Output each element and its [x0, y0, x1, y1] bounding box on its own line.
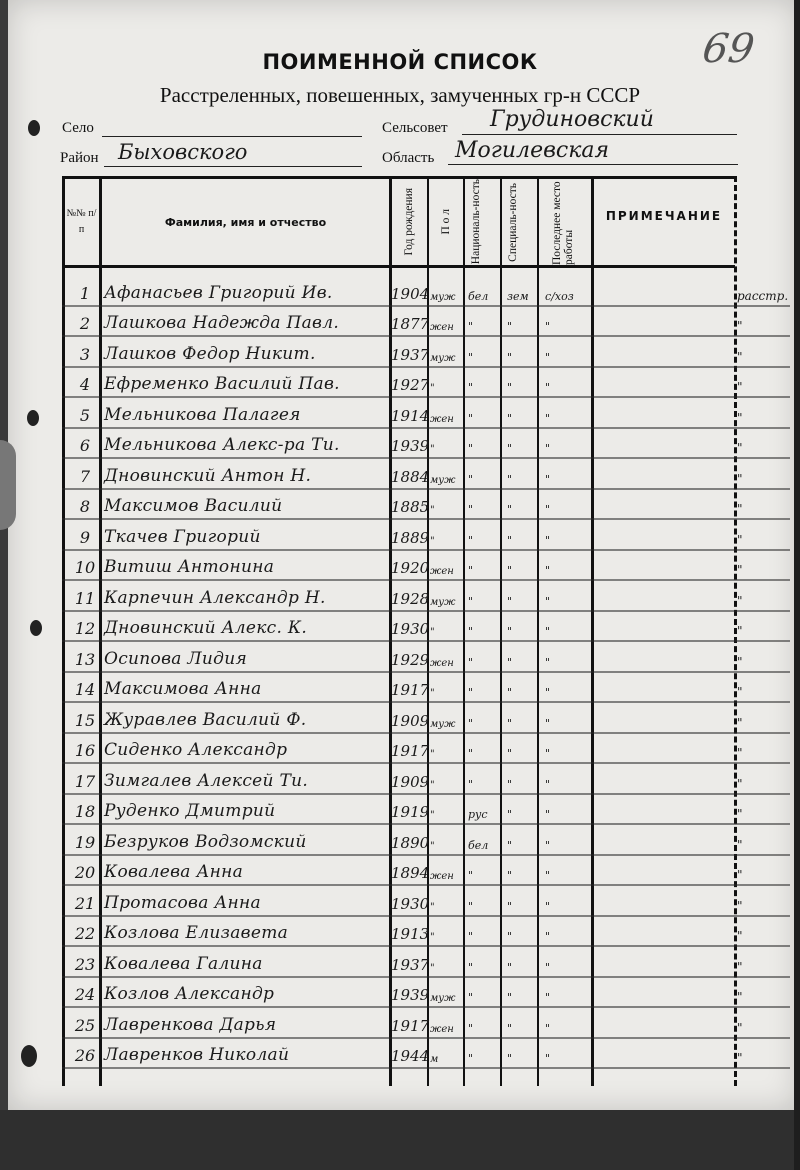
- row-sex: м: [430, 1054, 438, 1065]
- row-birth-year: 1919: [391, 803, 429, 821]
- row-nationality: ": [468, 412, 473, 425]
- row-remark: ": [737, 960, 743, 974]
- row-remark: ": [737, 502, 743, 516]
- row-remark: ": [737, 1051, 743, 1065]
- row-last-job: ": [545, 473, 550, 486]
- scan-background: [0, 1110, 800, 1170]
- header-remarks-label: ПРИМЕЧАНИЕ: [606, 209, 722, 223]
- row-remark: ": [737, 868, 743, 882]
- row-remark: ": [737, 807, 743, 821]
- row-specialty: ": [507, 839, 512, 852]
- row-nationality: бел: [468, 839, 488, 852]
- row-specialty: ": [507, 351, 512, 364]
- field-oblast: Область: [382, 150, 434, 167]
- table-row: 6Мельникова Алекс-ра Ти.1939""""": [62, 429, 735, 460]
- row-birth-year: 1920: [391, 559, 429, 577]
- row-specialty: ": [507, 625, 512, 638]
- row-birth-year: 1909: [391, 773, 429, 791]
- header-bottom-border: [62, 265, 735, 268]
- row-name: Журавлев Василий Ф.: [104, 710, 307, 730]
- row-birth-year: 1917: [391, 742, 429, 760]
- row-birth-year: 1939: [391, 437, 429, 455]
- row-name: Лашков Федор Никит.: [104, 344, 316, 364]
- row-sex: ": [430, 444, 435, 455]
- row-specialty: ": [507, 1022, 512, 1035]
- row-name: Карпечин Александр Н.: [104, 588, 326, 608]
- document-subtitle: Расстреленных, повешенных, замученных гр…: [0, 83, 800, 108]
- row-name: Ковалева Анна: [104, 862, 243, 882]
- row-remark: ": [737, 319, 743, 333]
- row-sex: ": [430, 810, 435, 821]
- row-nationality: ": [468, 595, 473, 608]
- row-specialty: зем: [507, 290, 529, 303]
- row-nationality: ": [468, 991, 473, 1004]
- row-name: Зимгалев Алексей Ти.: [104, 771, 308, 791]
- punch-hole-icon: [28, 120, 40, 136]
- row-last-job: ": [545, 869, 550, 882]
- row-last-job: с/хоз: [545, 290, 574, 303]
- header-year: Год рождения: [391, 179, 427, 265]
- rayon-label: Район: [60, 150, 99, 166]
- row-specialty: ": [507, 930, 512, 943]
- row-nationality: бел: [468, 290, 488, 303]
- row-sex: жен: [430, 871, 454, 882]
- row-specialty: ": [507, 869, 512, 882]
- row-number: 19: [70, 833, 100, 852]
- row-remark: ": [737, 380, 743, 394]
- row-name: Козлов Александр: [104, 984, 274, 1004]
- row-remark: ": [737, 838, 743, 852]
- row-number: 15: [70, 711, 100, 730]
- header-sex-label: П о л: [440, 209, 452, 235]
- document-title: ПОИМЕННОЙ СПИСОК: [0, 50, 800, 74]
- table-row: 13Осипова Лидия1929жен"""": [62, 642, 735, 673]
- row-remark: расстр.: [737, 289, 788, 303]
- table-row: 2Лашкова Надежда Павл.1877жен"""": [62, 307, 735, 338]
- row-birth-year: 1928: [391, 590, 429, 608]
- rayon-value: Быховского: [118, 140, 247, 164]
- row-nationality: ": [468, 961, 473, 974]
- table-row: 16Сиденко Александр1917""""": [62, 734, 735, 765]
- row-birth-year: 1909: [391, 712, 429, 730]
- header-sex: П о л: [429, 179, 463, 265]
- row-nationality: ": [468, 747, 473, 760]
- row-number: 21: [70, 894, 100, 913]
- row-remark: ": [737, 441, 743, 455]
- row-remark: ": [737, 624, 743, 638]
- row-specialty: ": [507, 534, 512, 547]
- row-sex: муж: [430, 719, 455, 730]
- header-last-job: Последнее место работы: [539, 179, 591, 265]
- row-birth-year: 1939: [391, 986, 429, 1004]
- row-sex: ": [430, 383, 435, 394]
- row-birth-year: 1929: [391, 651, 429, 669]
- row-number: 1: [70, 284, 100, 303]
- oblast-label: Область: [382, 150, 434, 166]
- row-name: Осипова Лидия: [104, 649, 247, 669]
- row-birth-year: 1894: [391, 864, 429, 882]
- field-rayon: Район: [60, 150, 99, 167]
- row-specialty: ": [507, 320, 512, 333]
- row-number: 3: [70, 345, 100, 364]
- row-last-job: ": [545, 961, 550, 974]
- row-name: Ткачев Григорий: [104, 527, 261, 547]
- row-remark: ": [737, 533, 743, 547]
- row-number: 23: [70, 955, 100, 974]
- row-specialty: ": [507, 808, 512, 821]
- table-row: 14Максимова Анна1917""""": [62, 673, 735, 704]
- row-birth-year: 1890: [391, 834, 429, 852]
- table-row: 22Козлова Елизавета1913""""": [62, 917, 735, 948]
- selo-label: Село: [62, 120, 94, 136]
- row-last-job: ": [545, 351, 550, 364]
- row-last-job: ": [545, 778, 550, 791]
- table-row: 4Ефременко Василий Пав.1927""""": [62, 368, 735, 399]
- row-number: 9: [70, 528, 100, 547]
- header-num-label: №№ п/п: [64, 206, 99, 238]
- paper-tear: [0, 440, 16, 530]
- row-remark: ": [737, 472, 743, 486]
- row-specialty: ": [507, 991, 512, 1004]
- row-last-job: ": [545, 717, 550, 730]
- row-last-job: ": [545, 534, 550, 547]
- row-number: 8: [70, 497, 100, 516]
- row-specialty: ": [507, 717, 512, 730]
- row-birth-year: 1877: [391, 315, 429, 333]
- row-number: 18: [70, 802, 100, 821]
- row-specialty: ": [507, 900, 512, 913]
- row-nationality: ": [468, 625, 473, 638]
- row-sex: муж: [430, 993, 455, 1004]
- header-nationality-label: Националь-ность: [470, 179, 496, 264]
- table-row: 21Протасова Анна1930""""": [62, 886, 735, 917]
- row-sex: муж: [430, 475, 455, 486]
- selsovet-value: Грудиновский: [490, 107, 654, 132]
- table-row: 26Лавренков Николай1944м"""": [62, 1039, 735, 1070]
- row-remark: ": [737, 990, 743, 1004]
- row-sex: муж: [430, 597, 455, 608]
- table-row: 18Руденко Дмитрий1919"рус""": [62, 795, 735, 826]
- row-birth-year: 1914: [391, 407, 429, 425]
- row-number: 25: [70, 1016, 100, 1035]
- row-birth-year: 1927: [391, 376, 429, 394]
- row-nationality: ": [468, 534, 473, 547]
- row-name: Афанасьев Григорий Ив.: [104, 283, 333, 303]
- row-nationality: ": [468, 900, 473, 913]
- row-number: 13: [70, 650, 100, 669]
- row-last-job: ": [545, 930, 550, 943]
- oblast-value: Могилевская: [455, 138, 609, 163]
- row-sex: муж: [430, 353, 455, 364]
- row-last-job: ": [545, 747, 550, 760]
- row-number: 4: [70, 375, 100, 394]
- row-nationality: ": [468, 717, 473, 730]
- row-last-job: ": [545, 595, 550, 608]
- table-row: 10Витиш Антонина1920жен"""": [62, 551, 735, 582]
- row-birth-year: 1913: [391, 925, 429, 943]
- table-row: 25Лавренкова Дарья1917жен"""": [62, 1008, 735, 1039]
- row-remark: ": [737, 1021, 743, 1035]
- row-specialty: ": [507, 442, 512, 455]
- row-number: 5: [70, 406, 100, 425]
- row-nationality: рус: [468, 808, 488, 821]
- row-birth-year: 1917: [391, 681, 429, 699]
- row-number: 10: [70, 558, 100, 577]
- row-number: 14: [70, 680, 100, 699]
- row-remark: ": [737, 350, 743, 364]
- row-last-job: ": [545, 1052, 550, 1065]
- row-birth-year: 1884: [391, 468, 429, 486]
- table-row: 17Зимгалев Алексей Ти.1909""""": [62, 764, 735, 795]
- row-specialty: ": [507, 381, 512, 394]
- row-number: 6: [70, 436, 100, 455]
- row-name: Мельникова Палагея: [104, 405, 301, 425]
- row-number: 26: [70, 1046, 100, 1065]
- row-nationality: ": [468, 778, 473, 791]
- row-sex: жен: [430, 322, 454, 333]
- row-last-job: ": [545, 656, 550, 669]
- row-name: Мельникова Алекс-ра Ти.: [104, 435, 340, 455]
- row-nationality: ": [468, 442, 473, 455]
- row-name: Козлова Елизавета: [104, 923, 288, 943]
- row-number: 11: [70, 589, 100, 608]
- punch-hole-icon: [27, 410, 39, 426]
- row-number: 17: [70, 772, 100, 791]
- row-specialty: ": [507, 778, 512, 791]
- row-name: Сиденко Александр: [104, 740, 287, 760]
- row-specialty: ": [507, 686, 512, 699]
- row-remark: ": [737, 411, 743, 425]
- row-sex: ": [430, 688, 435, 699]
- row-sex: жен: [430, 1024, 454, 1035]
- row-birth-year: 1889: [391, 529, 429, 547]
- row-specialty: ": [507, 656, 512, 669]
- header-name-label: Фамилия, имя и отчество: [165, 216, 326, 229]
- row-nationality: ": [468, 656, 473, 669]
- row-sex: жен: [430, 414, 454, 425]
- row-remark: ": [737, 746, 743, 760]
- row-name: Максимов Василий: [104, 496, 282, 516]
- row-specialty: ": [507, 564, 512, 577]
- row-nationality: ": [468, 686, 473, 699]
- row-sex: жен: [430, 566, 454, 577]
- row-last-job: ": [545, 564, 550, 577]
- row-last-job: ": [545, 381, 550, 394]
- row-last-job: ": [545, 1022, 550, 1035]
- table-row: 12Дновинский Алекс. К.1930""""": [62, 612, 735, 643]
- row-sex: муж: [430, 292, 455, 303]
- row-name: Ефременко Василий Пав.: [104, 374, 340, 394]
- row-sex: жен: [430, 658, 454, 669]
- row-remark: ": [737, 929, 743, 943]
- table-row: 19Безруков Водзомский1890"бел""": [62, 825, 735, 856]
- row-nationality: ": [468, 503, 473, 516]
- table-row: 1Афанасьев Григорий Ив.1904мужбелземс/хо…: [62, 276, 735, 307]
- row-nationality: ": [468, 381, 473, 394]
- row-birth-year: 1885: [391, 498, 429, 516]
- row-name: Лавренкова Дарья: [104, 1015, 276, 1035]
- row-last-job: ": [545, 686, 550, 699]
- row-remark: ": [737, 777, 743, 791]
- table-row: 20Ковалева Анна1894жен"""": [62, 856, 735, 887]
- row-last-job: ": [545, 503, 550, 516]
- header-num: №№ п/п: [64, 179, 99, 265]
- row-name: Дновинский Антон Н.: [104, 466, 311, 486]
- row-last-job: ": [545, 839, 550, 852]
- selsovet-label: Сельсовет: [382, 120, 448, 136]
- table-row: 7Дновинский Антон Н.1884муж"""": [62, 459, 735, 490]
- row-nationality: ": [468, 1022, 473, 1035]
- row-number: 22: [70, 924, 100, 943]
- row-nationality: ": [468, 869, 473, 882]
- row-name: Протасова Анна: [104, 893, 261, 913]
- row-remark: ": [737, 594, 743, 608]
- row-sex: ": [430, 932, 435, 943]
- row-specialty: ": [507, 595, 512, 608]
- punch-hole-icon: [30, 620, 42, 636]
- row-name: Лавренков Николай: [104, 1045, 289, 1065]
- row-divider: [62, 1067, 790, 1069]
- field-selsovet: Сельсовет: [382, 120, 448, 137]
- row-last-job: ": [545, 412, 550, 425]
- table-row: 24Козлов Александр1939муж"""": [62, 978, 735, 1009]
- row-specialty: ": [507, 1052, 512, 1065]
- row-remark: ": [737, 563, 743, 577]
- row-sex: ": [430, 627, 435, 638]
- table-row: 11Карпечин Александр Н.1928муж"""": [62, 581, 735, 612]
- row-name: Руденко Дмитрий: [104, 801, 275, 821]
- row-remark: ": [737, 716, 743, 730]
- row-specialty: ": [507, 747, 512, 760]
- row-birth-year: 1904: [391, 285, 429, 303]
- selo-underline: [102, 136, 362, 137]
- row-number: 24: [70, 985, 100, 1004]
- row-sex: ": [430, 780, 435, 791]
- row-number: 2: [70, 314, 100, 333]
- row-specialty: ": [507, 473, 512, 486]
- row-birth-year: 1944: [391, 1047, 429, 1065]
- row-name: Лашкова Надежда Павл.: [104, 313, 339, 333]
- row-name: Ковалева Галина: [104, 954, 263, 974]
- row-last-job: ": [545, 320, 550, 333]
- oblast-underline: [448, 164, 738, 165]
- row-name: Безруков Водзомский: [104, 832, 307, 852]
- row-remark: ": [737, 685, 743, 699]
- punch-hole-icon: [21, 1045, 37, 1067]
- row-last-job: ": [545, 442, 550, 455]
- row-sex: ": [430, 536, 435, 547]
- row-specialty: ": [507, 503, 512, 516]
- victims-table: №№ п/п Фамилия, имя и отчество Год рожде…: [62, 176, 735, 1086]
- row-nationality: ": [468, 1052, 473, 1065]
- field-selo: Село: [62, 120, 94, 137]
- header-specialty-label: Специаль-ность: [507, 183, 533, 262]
- row-specialty: ": [507, 961, 512, 974]
- row-birth-year: 1917: [391, 1017, 429, 1035]
- header-remarks: ПРИМЕЧАНИЕ: [594, 179, 734, 265]
- row-nationality: ": [468, 351, 473, 364]
- rayon-underline: [104, 166, 362, 167]
- selsovet-underline: [462, 134, 737, 135]
- row-birth-year: 1937: [391, 956, 429, 974]
- table-row: 23Ковалева Галина1937""""": [62, 947, 735, 978]
- row-last-job: ": [545, 625, 550, 638]
- row-remark: ": [737, 899, 743, 913]
- row-birth-year: 1930: [391, 620, 429, 638]
- row-sex: ": [430, 841, 435, 852]
- row-number: 12: [70, 619, 100, 638]
- header-specialty: Специаль-ность: [502, 179, 537, 265]
- header-nationality: Националь-ность: [465, 179, 500, 265]
- row-remark: ": [737, 655, 743, 669]
- row-number: 7: [70, 467, 100, 486]
- row-name: Максимова Анна: [104, 679, 262, 699]
- row-birth-year: 1930: [391, 895, 429, 913]
- row-sex: ": [430, 505, 435, 516]
- row-birth-year: 1937: [391, 346, 429, 364]
- table-row: 9Ткачев Григорий1889""""": [62, 520, 735, 551]
- row-sex: ": [430, 902, 435, 913]
- row-sex: ": [430, 749, 435, 760]
- table-row: 5Мельникова Палагея1914жен"""": [62, 398, 735, 429]
- row-nationality: ": [468, 564, 473, 577]
- row-last-job: ": [545, 808, 550, 821]
- header-year-label: Год рождения: [403, 188, 415, 256]
- table-row: 3Лашков Федор Никит.1937муж"""": [62, 337, 735, 368]
- row-sex: ": [430, 963, 435, 974]
- row-nationality: ": [468, 320, 473, 333]
- row-last-job: ": [545, 991, 550, 1004]
- row-nationality: ": [468, 473, 473, 486]
- header-name: Фамилия, имя и отчество: [102, 179, 389, 265]
- table-row: 15Журавлев Василий Ф.1909муж"""": [62, 703, 735, 734]
- header-last-job-label: Последнее место работы: [551, 179, 579, 265]
- scan-edge: [794, 0, 800, 1170]
- row-name: Дновинский Алекс. К.: [104, 618, 307, 638]
- row-name: Витиш Антонина: [104, 557, 274, 577]
- table-row: 8Максимов Василий1885""""": [62, 490, 735, 521]
- row-number: 20: [70, 863, 100, 882]
- row-nationality: ": [468, 930, 473, 943]
- row-specialty: ": [507, 412, 512, 425]
- row-last-job: ": [545, 900, 550, 913]
- row-number: 16: [70, 741, 100, 760]
